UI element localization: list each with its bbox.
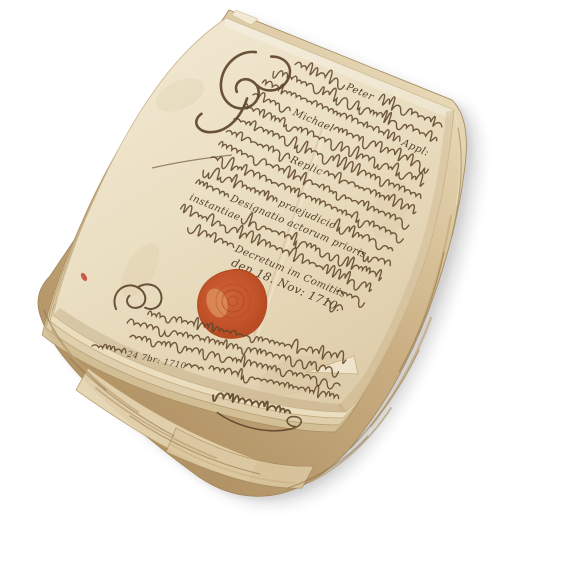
manuscript-photo: Peter Appl: Michael Replic praejudicio D…: [0, 0, 570, 567]
